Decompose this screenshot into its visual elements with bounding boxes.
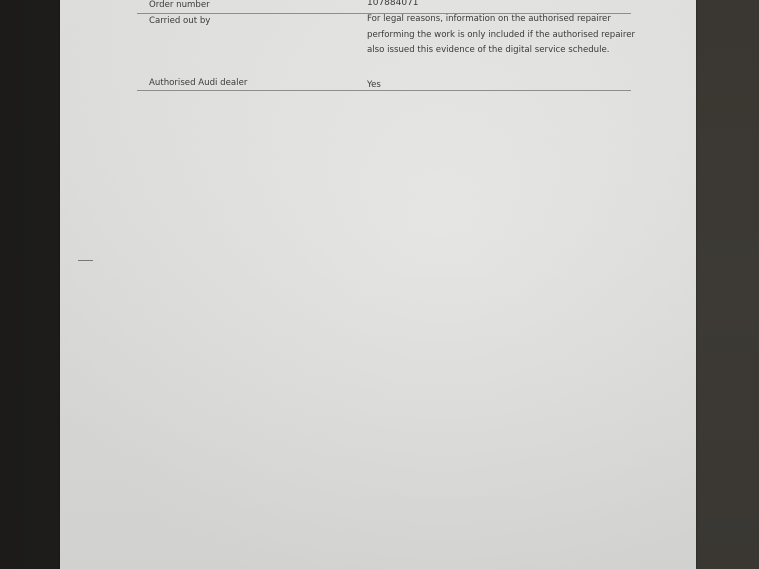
- carried-out-by-label: Carried out by: [149, 16, 210, 26]
- background-surface: [695, 0, 759, 569]
- authorised-dealer-label: Authorised Audi dealer: [149, 78, 247, 88]
- authorised-dealer-value: Yes: [367, 78, 637, 94]
- pen-mark: [78, 260, 93, 261]
- carried-out-by-value: For legal reasons, information on the au…: [367, 12, 637, 59]
- order-number-label: Order number: [149, 0, 210, 10]
- order-number-value: 107884071: [367, 0, 637, 12]
- row-divider: [137, 90, 631, 91]
